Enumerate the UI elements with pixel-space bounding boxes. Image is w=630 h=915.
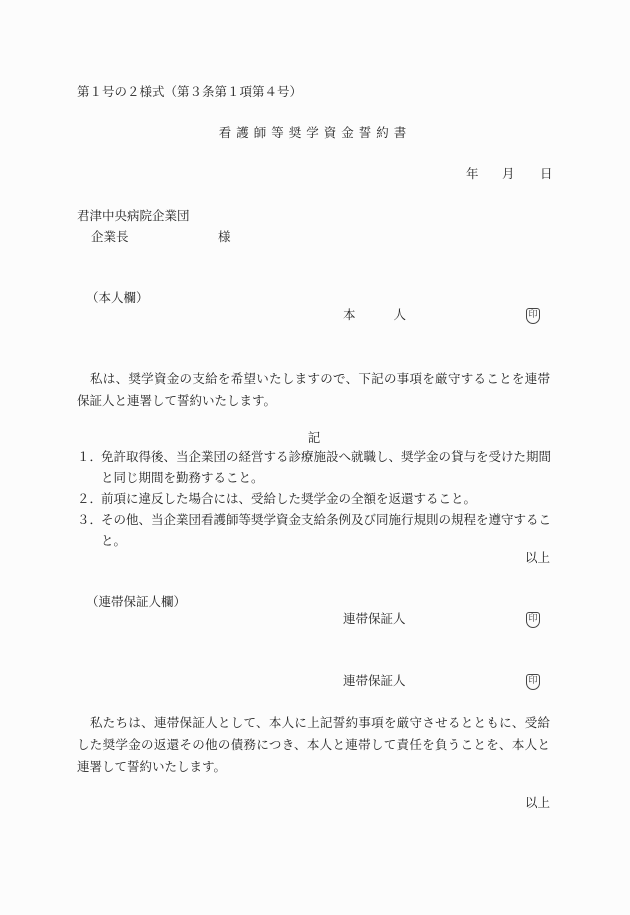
addressee-title: 企業長: [91, 229, 129, 245]
self-signature-label: 本人: [343, 307, 406, 323]
guarantor-section-label: （連帯保証人欄）: [86, 594, 186, 610]
guarantor-1-label: 連帯保証人: [343, 611, 406, 627]
document-title: 看護師等奨学資金誓約書: [0, 125, 630, 141]
self-section-label: （本人欄）: [86, 290, 149, 306]
seal-icon: 印: [526, 612, 540, 628]
ki-heading: 記: [0, 430, 630, 446]
self-pledge-paragraph: 私は、奨学資金の支給を希望いたしますので、下記の事項を厳守することを連帯保証人と…: [77, 368, 550, 412]
self-signature-char-1: 本: [343, 307, 356, 322]
addressee-organization: 君津中央病院企業団: [77, 208, 190, 224]
date-day-label: 日: [540, 166, 553, 182]
item-text: 前項に違反した場合には、受給した奨学金の全額を返還すること。: [101, 491, 476, 506]
list-item: ３． その他、当企業団看護師等奨学資金支給条例及び同施行規則の規程を遵守すること…: [77, 509, 552, 551]
closing-ijo-2: 以上: [525, 795, 550, 811]
form-number: 第１号の２様式（第３条第１項第４号）: [77, 84, 302, 100]
item-number: １．: [77, 446, 102, 467]
closing-ijo: 以上: [525, 550, 550, 566]
seal-icon: 印: [526, 674, 540, 690]
self-signature-char-2: 人: [394, 307, 407, 322]
addressee-honorific: 様: [218, 229, 231, 245]
guarantor-pledge-paragraph: 私たちは、連帯保証人として、本人に上記誓約事項を厳守させるとともに、受給した奨学…: [77, 712, 550, 778]
item-text: その他、当企業団看護師等奨学資金支給条例及び同施行規則の規程を遵守すること。: [101, 512, 551, 548]
list-item: １． 免許取得後、当企業団の経営する診療施設へ就職し、奨学金の貸与を受けた期間と…: [77, 446, 552, 488]
item-text: 免許取得後、当企業団の経営する診療施設へ就職し、奨学金の貸与を受けた期間と同じ期…: [101, 449, 551, 485]
item-number: ２．: [77, 488, 102, 509]
date-year-label: 年: [466, 166, 502, 182]
seal-icon: 印: [526, 308, 540, 324]
ki-label: 記: [308, 430, 321, 445]
pledge-items-list: １． 免許取得後、当企業団の経営する診療施設へ就職し、奨学金の貸与を受けた期間と…: [77, 446, 552, 551]
date-field: 年月日: [466, 166, 553, 182]
list-item: ２． 前項に違反した場合には、受給した奨学金の全額を返還すること。: [77, 488, 552, 509]
date-month-label: 月: [502, 166, 540, 182]
item-number: ３．: [77, 509, 102, 530]
guarantor-2-label: 連帯保証人: [343, 673, 406, 689]
